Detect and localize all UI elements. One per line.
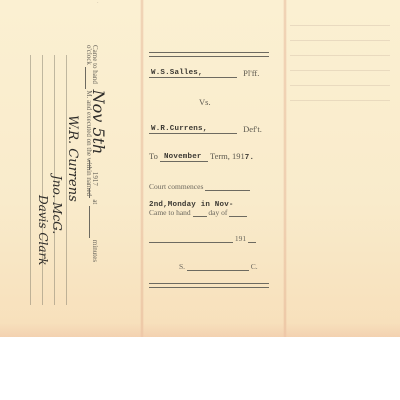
- corner-mark: ·: [97, 1, 99, 6]
- term-year-digit: 7.: [245, 154, 254, 162]
- plaintiff-name: W.S.Salles,: [149, 69, 203, 77]
- fold-crease-left: [140, 0, 144, 337]
- plaintiff-suffix: Pl'ff.: [243, 68, 259, 78]
- defendant-suffix: Def't.: [243, 124, 262, 134]
- s-label: S.: [179, 262, 185, 271]
- c-label: C.: [251, 262, 258, 271]
- signature-2: Davis Clark: [36, 195, 50, 266]
- case-caption-panel: W.S.Salles, Pl'ff. Vs. W.R.Currens, Def'…: [147, 0, 277, 337]
- plaintiff-line: W.S.Salles, Pl'ff.: [149, 66, 271, 78]
- ruled-line: [30, 55, 31, 305]
- defendant-name: W.R.Currens,: [149, 125, 207, 133]
- bottom-double-rule: [149, 283, 269, 288]
- versus-label: Vs.: [199, 97, 321, 107]
- ruled-line: [42, 55, 43, 305]
- executed-endorsement: o'clock M. and executed on the within na…: [85, 45, 93, 196]
- endorsement-panel: Came to hand Nov 5th 1917 at minutes o'c…: [20, 45, 120, 310]
- term-month: November: [160, 153, 202, 161]
- sheriff-line: S. C.: [179, 262, 301, 271]
- day-of-label: day of: [208, 208, 227, 217]
- term-prefix: To: [149, 151, 158, 161]
- signature-1: Jno. McG.: [50, 175, 64, 234]
- came-to-hand-label: Came to hand: [149, 208, 191, 217]
- year-prefix: 191: [235, 234, 246, 243]
- fold-crease-right: [283, 0, 287, 337]
- term-suffix: Term, 191: [210, 151, 245, 161]
- court-commences-line: Court commences: [149, 182, 271, 191]
- document-paper: W.S.Salles, Pl'ff. Vs. W.R.Currens, Def'…: [0, 0, 400, 337]
- term-line: To November Term, 1917.: [149, 150, 271, 162]
- came-to-hand-line: Came to hand day of: [149, 208, 271, 217]
- court-commences-label: Court commences: [149, 182, 203, 191]
- top-double-rule: [149, 52, 269, 57]
- handwritten-name: W.R. Currens: [65, 115, 80, 202]
- defendant-line: W.R.Currens, Def't.: [149, 122, 271, 134]
- year-line: 191: [149, 234, 271, 243]
